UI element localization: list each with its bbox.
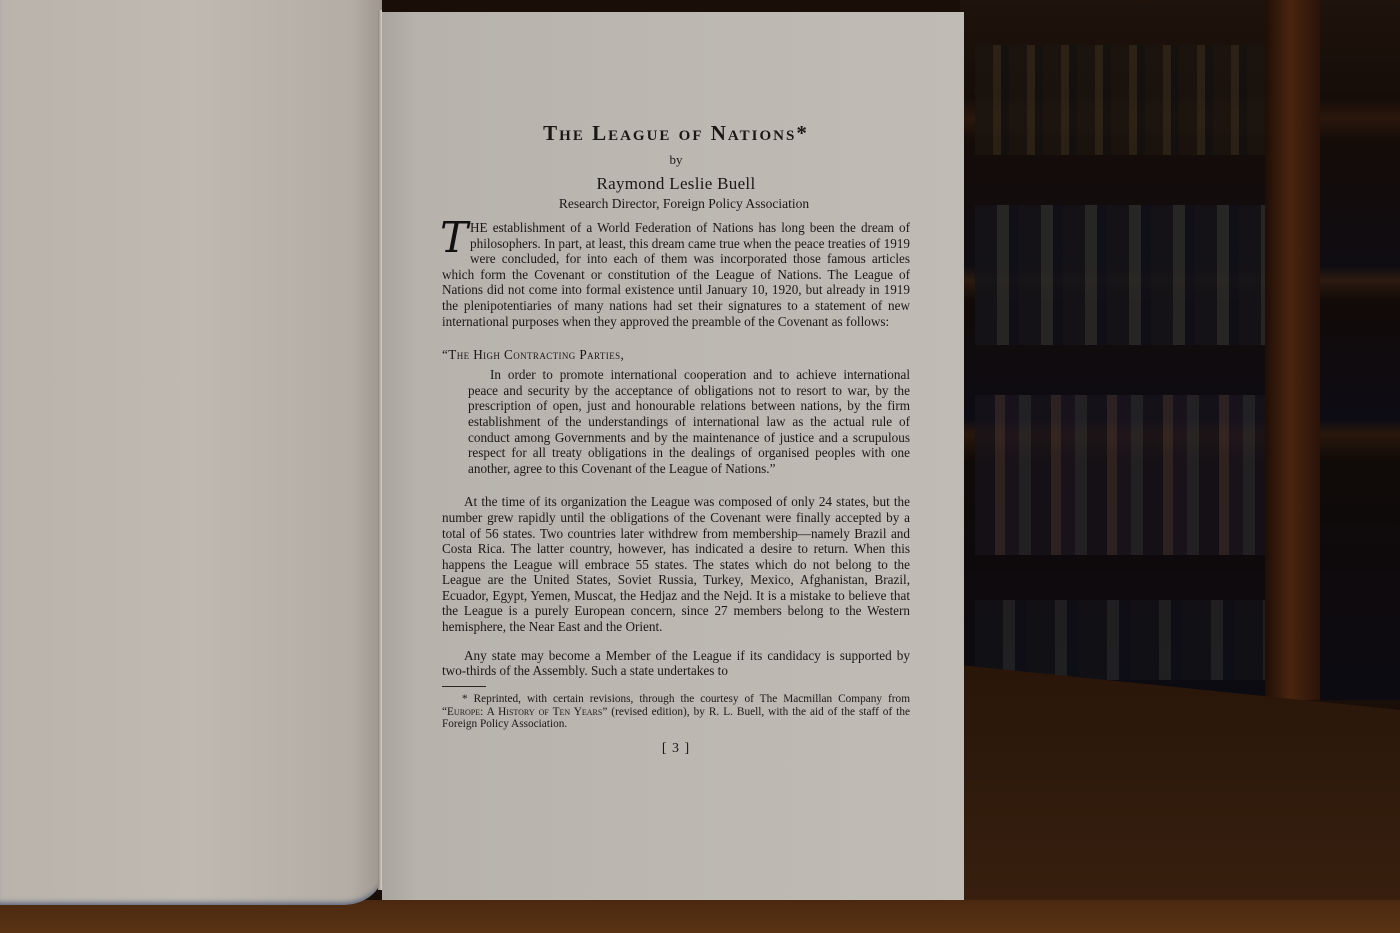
quote-heading: “The High Contracting Parties, <box>442 347 910 363</box>
author-affiliation: Research Director, Foreign Policy Associ… <box>442 195 910 212</box>
wooden-table <box>960 665 1400 933</box>
bookshelf-post <box>1265 0 1320 700</box>
intro-text: HE establishment of a World Federation o… <box>442 220 910 329</box>
byline: by <box>442 152 910 168</box>
shelf-books-row <box>975 205 1275 345</box>
footnote: * Reprinted, with certain revisions, thr… <box>442 693 910 731</box>
intro-paragraph: THE establishment of a World Federation … <box>442 220 910 329</box>
author-name: Raymond Leslie Buell <box>442 174 910 194</box>
shelf-books-row <box>975 45 1275 155</box>
admission-paragraph: Any state may become a Member of the Lea… <box>442 648 910 679</box>
page-number: [ 3 ] <box>442 741 910 757</box>
footnote-rule <box>442 686 486 687</box>
left-blank-page <box>0 0 382 905</box>
quote-text: In order to promote international cooper… <box>468 367 910 476</box>
photo-scene: The League of Nations* by Raymond Leslie… <box>0 0 1400 933</box>
membership-paragraph: At the time of its organization the Leag… <box>442 494 910 634</box>
footnote-book-title: Europe: A History of Ten Years <box>447 706 602 718</box>
document-page: The League of Nations* by Raymond Leslie… <box>382 12 964 900</box>
drop-cap: T <box>440 222 468 254</box>
page-text-block: The League of Nations* by Raymond Leslie… <box>442 120 910 757</box>
document-title: The League of Nations* <box>442 120 910 146</box>
shelf-books-row <box>975 600 1275 680</box>
covenant-preamble-quote: In order to promote international cooper… <box>468 367 910 476</box>
shelf-books-row <box>975 395 1275 555</box>
